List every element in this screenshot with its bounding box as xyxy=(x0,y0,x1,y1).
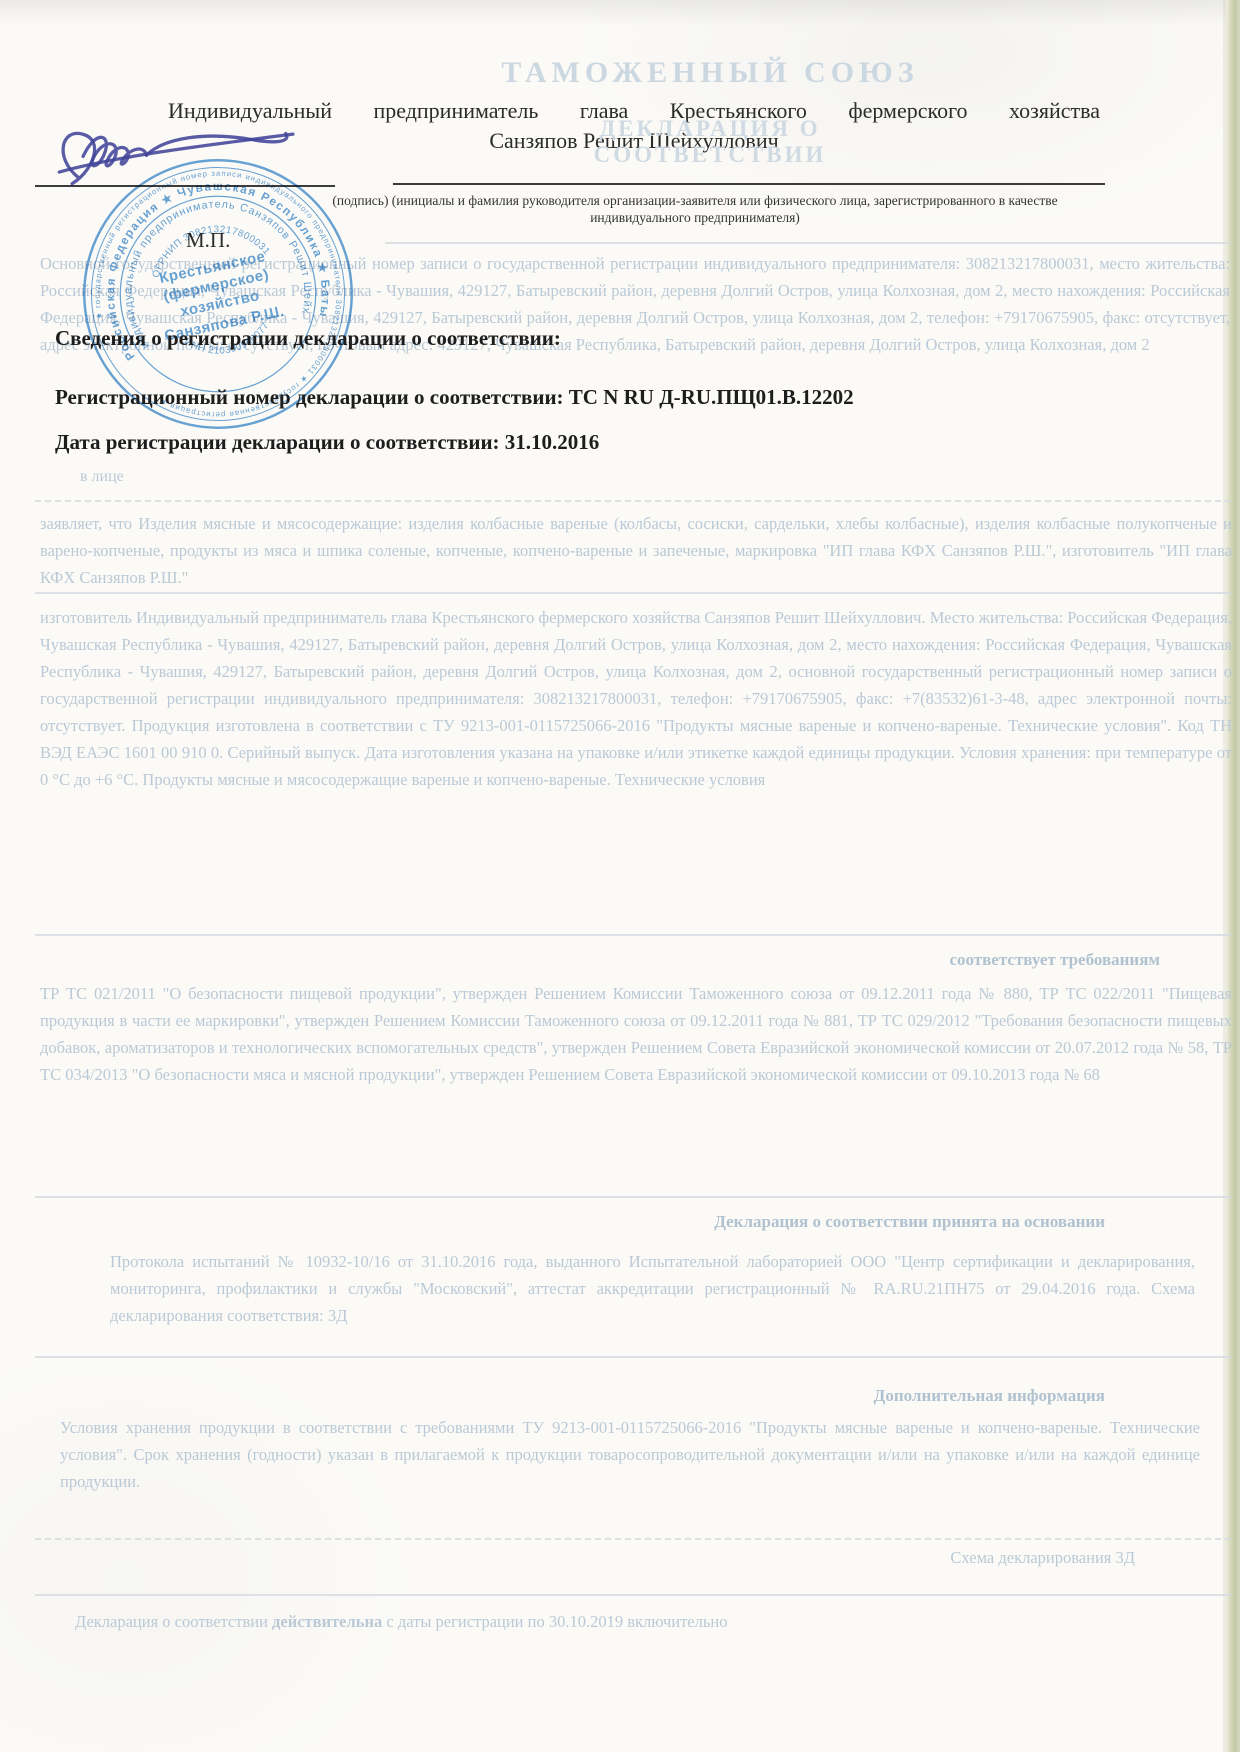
ghost-validity-bold: действительна xyxy=(268,1612,386,1631)
paper-crease-shadow xyxy=(0,0,1240,26)
ghost-paragraph-storage-conditions: Условия хранения продукции в соответстви… xyxy=(60,1414,1200,1495)
ghost-separator xyxy=(35,592,1231,594)
registration-date-line: Дата регистрации декларации о соответств… xyxy=(55,430,599,455)
ghost-heading-adopted-on-basis: Декларация о соответствии принята на осн… xyxy=(0,1212,1105,1232)
scanned-declaration-annex-page: ТАМОЖЕННЫЙ СОЮЗ ДЕКЛАРАЦИЯ О СООТВЕТСТВИ… xyxy=(0,0,1240,1752)
ghost-separator xyxy=(35,500,1231,502)
ghost-fragment-v-lice: в лице xyxy=(80,468,124,486)
registration-number-line: Регистрационный номер декларации о соотв… xyxy=(55,385,854,410)
ghost-paragraph-validity: Декларация о соответствии действительна … xyxy=(75,1608,1180,1635)
name-underline xyxy=(393,183,1105,185)
ghost-heading-complies-with: соответствует требованиям xyxy=(0,950,1160,970)
ghost-separator xyxy=(35,1196,1231,1198)
ghost-title-customs-union: ТАМОЖЕННЫЙ СОЮЗ xyxy=(470,56,950,90)
round-stamp: ★ государственный регистрационный номер … xyxy=(47,123,389,465)
ghost-paragraph-test-report: Протокола испытаний № 10932-10/16 от 31.… xyxy=(110,1248,1195,1329)
ghost-title-declaration: ДЕКЛАРАЦИЯ О СООТВЕТСТВИИ xyxy=(500,116,920,168)
ghost-separator xyxy=(35,934,1231,936)
ghost-paragraph-manufacturer: изготовитель Индивидуальный предпринимат… xyxy=(40,604,1232,793)
registration-info-heading: Сведения о регистрации декларации о соот… xyxy=(55,326,561,351)
ghost-paragraph-technical-regulations: ТР ТС 021/2011 "О безопасности пищевой п… xyxy=(40,980,1232,1088)
ghost-validity-pre: Декларация о соответствии xyxy=(75,1612,268,1631)
ghost-heading-additional-info: Дополнительная информация xyxy=(0,1386,1105,1406)
ghost-separator xyxy=(385,242,1230,244)
ghost-paragraph-declares-products: заявляет, что Изделия мясные и мясосодер… xyxy=(40,510,1232,591)
ghost-separator xyxy=(35,1538,1231,1540)
ghost-fragment-declaration-scheme: Схема декларирования 3Д xyxy=(0,1548,1135,1568)
ghost-validity-post: с даты регистрации по 30.10.2019 включит… xyxy=(386,1612,727,1631)
ghost-separator xyxy=(35,1594,1231,1596)
ghost-separator xyxy=(35,1356,1231,1358)
